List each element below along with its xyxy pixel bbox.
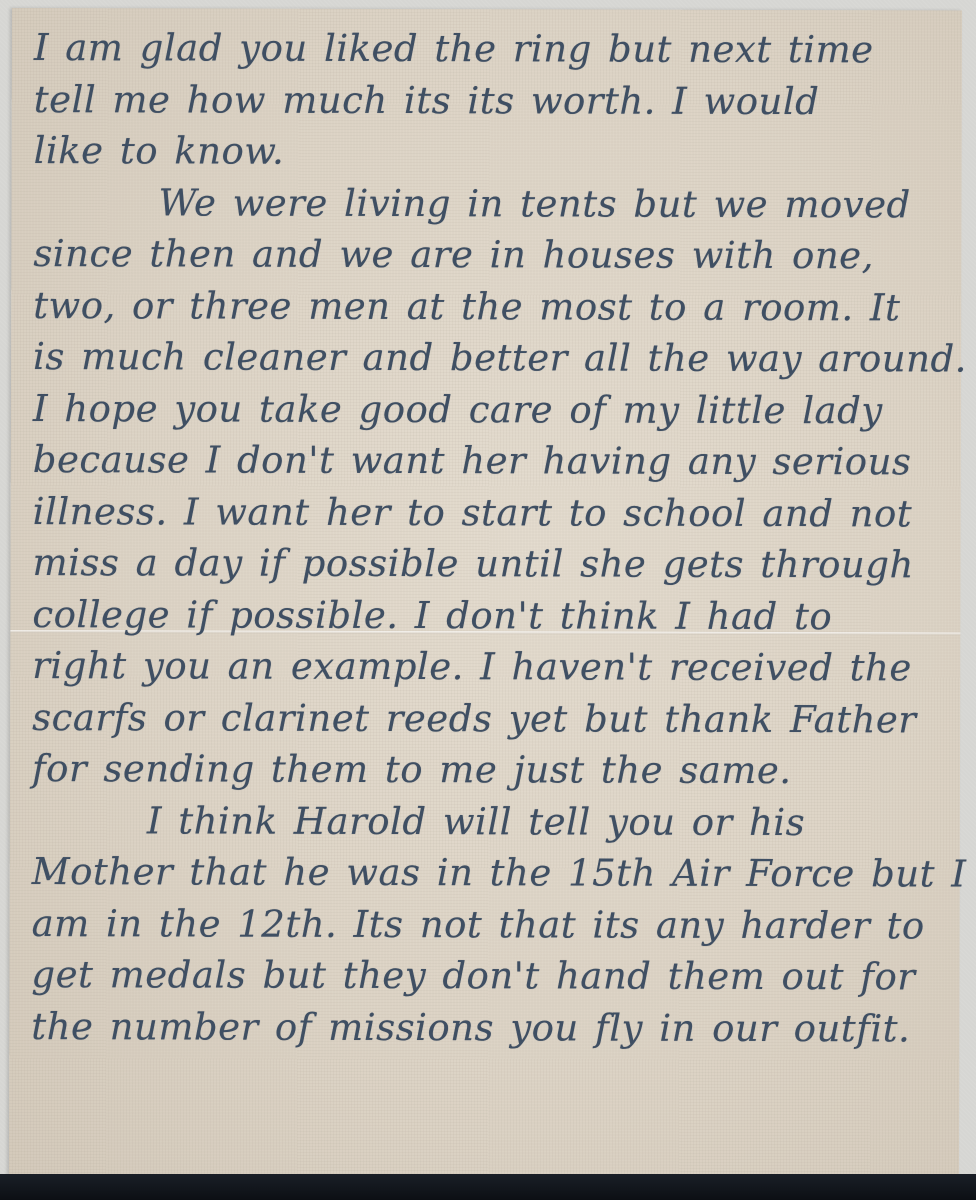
letter-line-17: Mother that he was in the 15th Air Force… — [32, 846, 952, 900]
letter-page: I am glad you liked the ring but next ti… — [9, 8, 962, 1200]
letter-line-6: two, or three men at the most to a room.… — [33, 280, 953, 334]
letter-line-3: like to know. — [34, 125, 954, 179]
letter-line-14: scarfs or clarinet reeds yet but thank F… — [32, 692, 952, 746]
letter-line-2: tell me how much its its worth. I would — [34, 74, 954, 128]
letter-line-9: because I don't want her having any seri… — [33, 434, 953, 488]
letter-line-20: the number of missions you fly in our ou… — [31, 1001, 951, 1055]
letter-line-15: for sending them to me just the same. — [32, 743, 952, 797]
letter-line-18: am in the 12th. Its not that its any har… — [32, 898, 952, 952]
frame-bottom-edge — [0, 1174, 976, 1200]
letter-line-11: miss a day if possible until she gets th… — [32, 537, 952, 591]
handwritten-letter-body: I am glad you liked the ring but next ti… — [31, 22, 954, 1054]
letter-line-19: get medals but they don't hand them out … — [31, 949, 951, 1003]
letter-line-7: is much cleaner and better all the way a… — [33, 331, 953, 385]
letter-line-4: We were living in tents but we moved — [33, 177, 953, 231]
letter-line-5: since then and we are in houses with one… — [33, 228, 953, 282]
letter-line-12: college if possible. I don't think I had… — [32, 589, 952, 643]
letter-line-10: illness. I want her to start to school a… — [33, 486, 953, 540]
letter-line-16: I think Harold will tell you or his — [32, 795, 952, 849]
letter-line-13: right you an example. I haven't received… — [32, 640, 952, 694]
letter-line-8: I hope you take good care of my little l… — [33, 383, 953, 437]
letter-line-1: I am glad you liked the ring but next ti… — [34, 22, 954, 76]
photo-background: I am glad you liked the ring but next ti… — [0, 0, 976, 1200]
